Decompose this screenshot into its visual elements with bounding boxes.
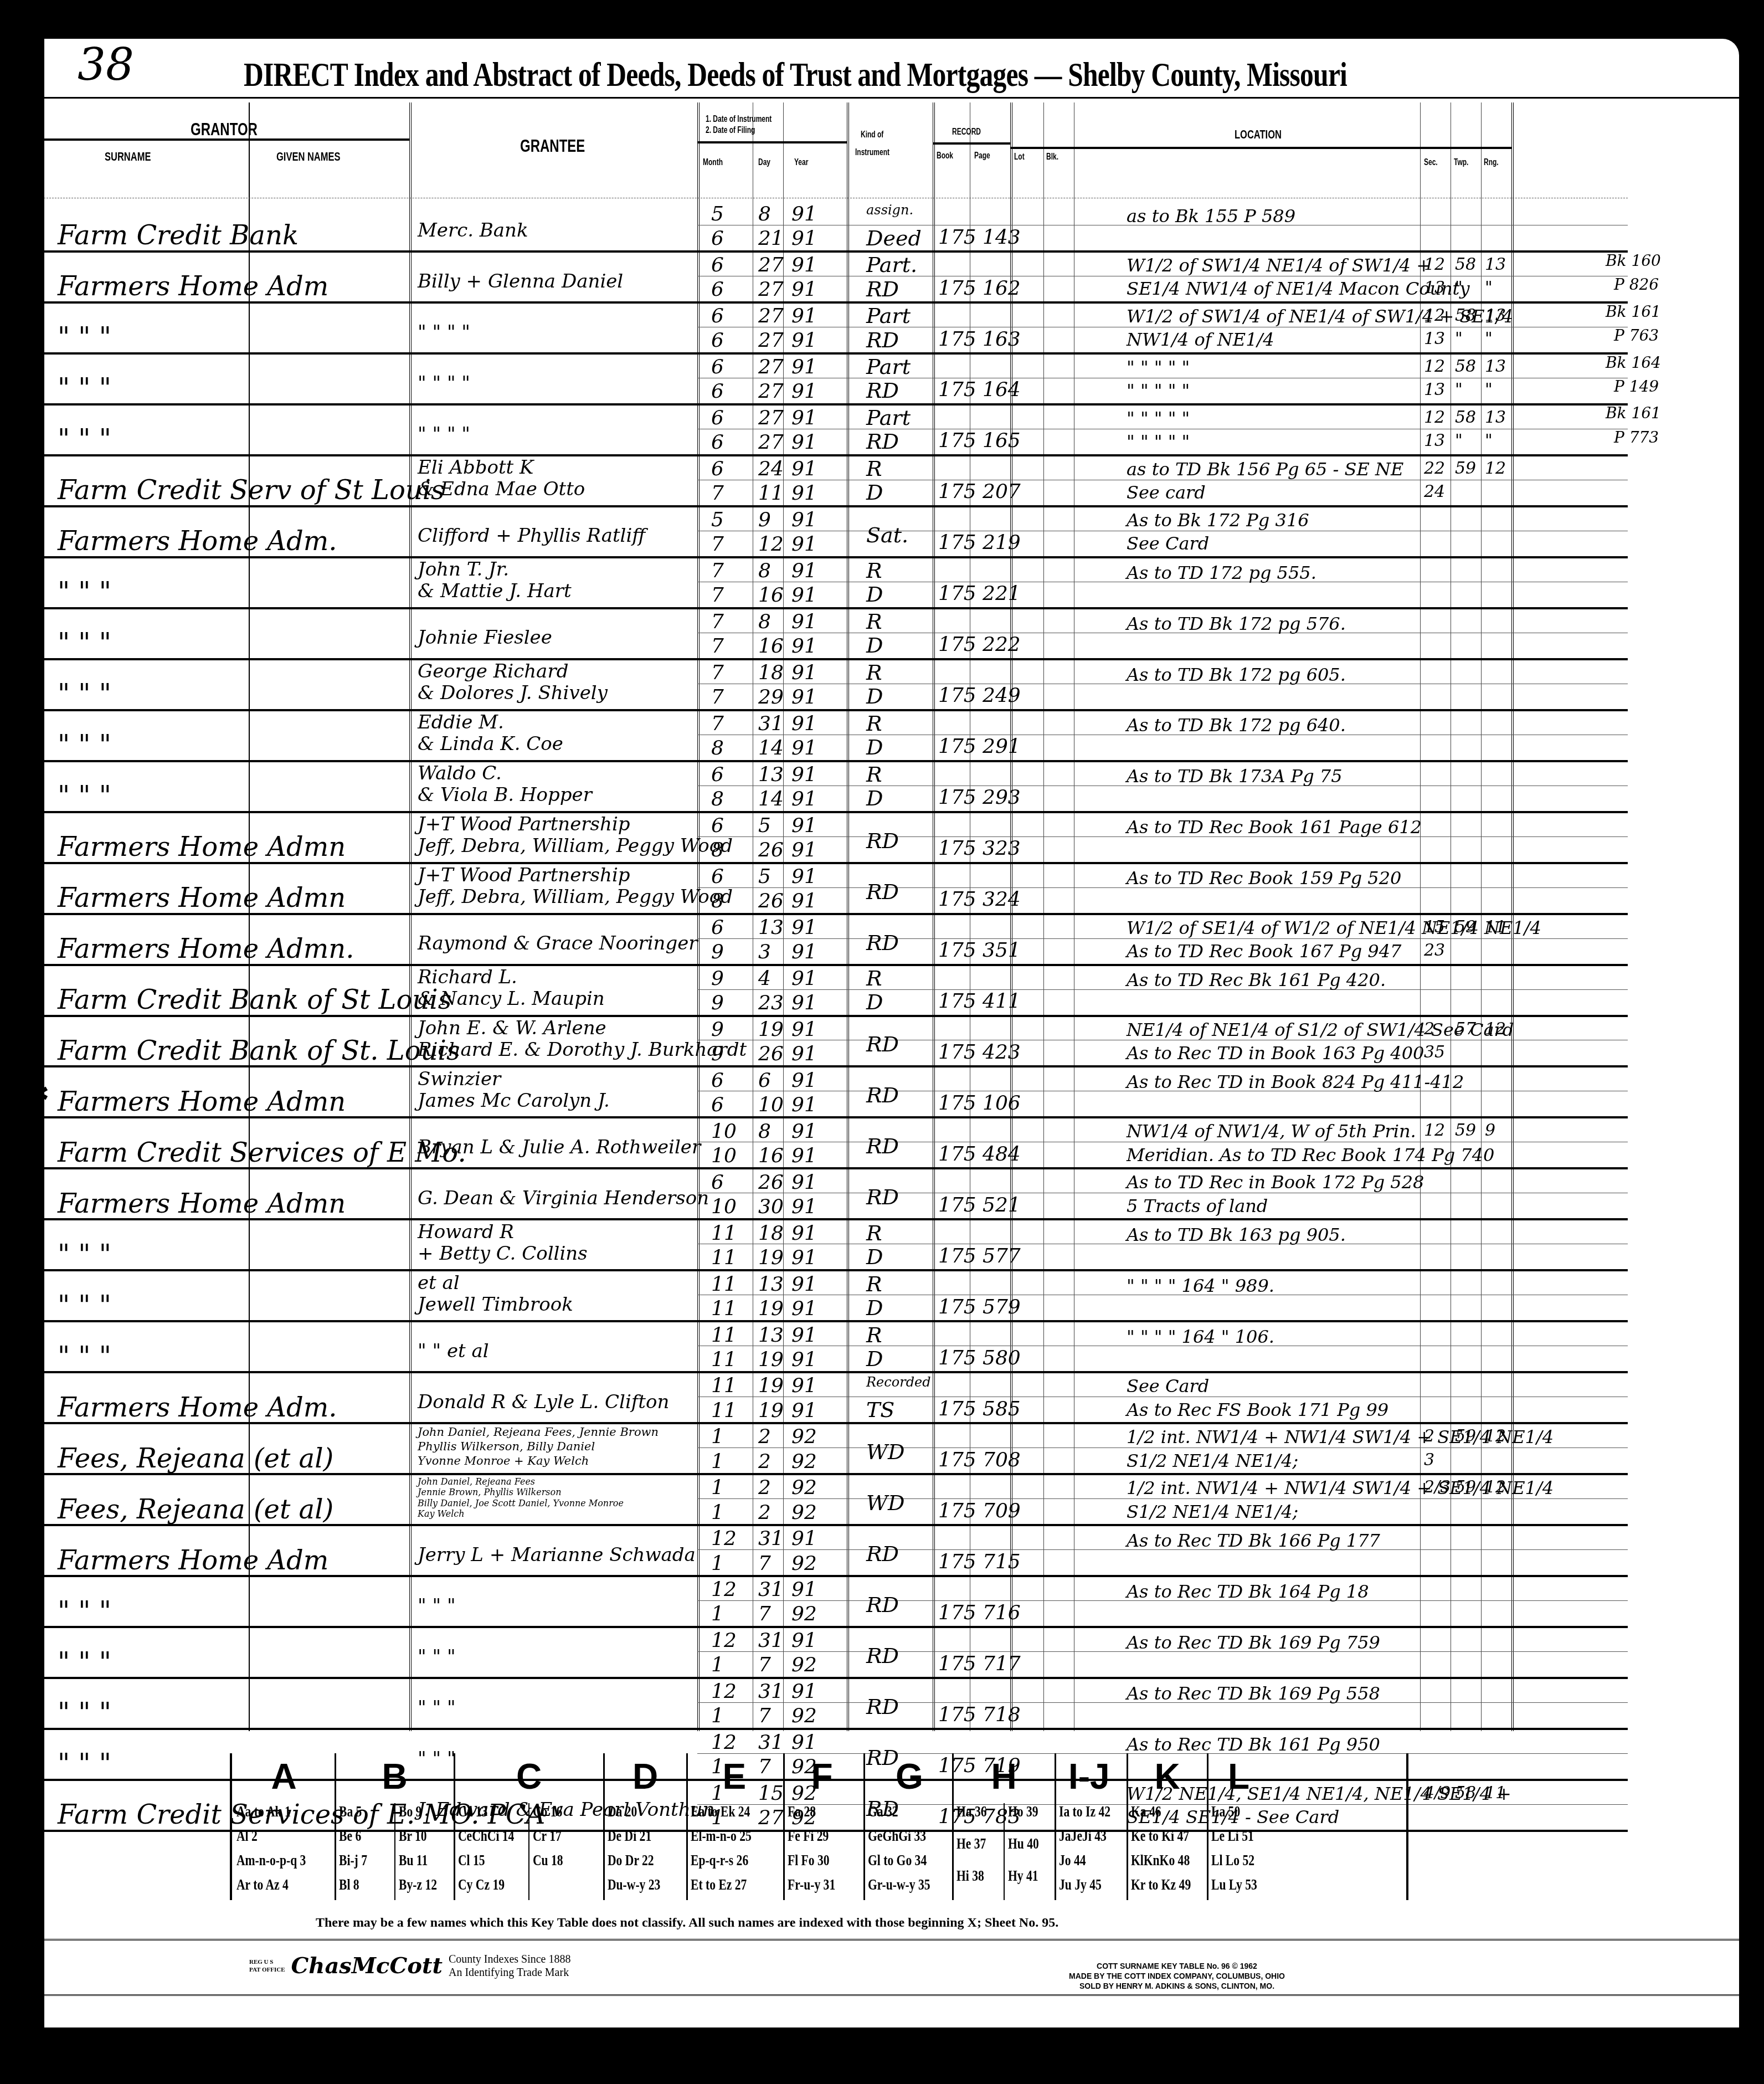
filing-date: 8 <box>711 840 724 860</box>
record-book: 175 <box>938 686 976 706</box>
sec-value: 23 <box>1424 942 1445 959</box>
record-page: 221 <box>983 584 1021 604</box>
record-page: 249 <box>983 686 1021 706</box>
header-lot: Lot <box>1014 152 1025 162</box>
filing-date: 7 <box>711 586 724 605</box>
header-kind-line2: Instrument <box>855 148 889 158</box>
instrument-date: 7 <box>711 663 724 683</box>
record-page: 716 <box>983 1603 1021 1623</box>
key-entry: Ka 46 <box>1131 1803 1161 1820</box>
filing-date: 6 <box>711 229 724 249</box>
twp-value: " <box>1455 382 1463 398</box>
key-entry: Bu 11 <box>399 1852 428 1869</box>
title-rule <box>44 97 1739 99</box>
header-rule <box>44 138 409 141</box>
grantee-name: John T. Jr. <box>418 560 509 579</box>
record-book: 175 <box>938 584 976 604</box>
grantee-name: Jerry L + Marianne Schwada <box>418 1546 696 1564</box>
instrument-date: 12 <box>711 1529 737 1549</box>
key-letter: E <box>723 1756 747 1797</box>
twp-value: 59 <box>1455 1428 1476 1445</box>
trademark-tagline: County Indexes Since 1888An Identifying … <box>449 1953 571 1979</box>
instrument-date: 5 <box>758 867 771 887</box>
grantee-name: " " " <box>418 1597 456 1615</box>
key-entry: Fl Fo 30 <box>788 1852 830 1869</box>
instrument-kind: R <box>866 458 882 479</box>
filing-date: 3 <box>758 942 771 962</box>
filing-date: 91 <box>791 331 817 351</box>
instrument-date: 12 <box>711 1682 737 1702</box>
key-entry: JaJeJi 43 <box>1059 1828 1107 1845</box>
table-row: " " "" " " "6279162791PartRD175164" " " … <box>44 352 1628 405</box>
record-page: 106 <box>983 1094 1021 1113</box>
grantee-name: Eddie M. <box>418 713 504 732</box>
key-entry: Ba 5 <box>339 1803 362 1820</box>
filing-date: 91 <box>791 891 817 911</box>
grantee-name: " " " " <box>418 374 470 393</box>
grantor-name: Farmers Home Admn <box>58 885 346 911</box>
location-description: See Card <box>1127 1377 1209 1395</box>
grantee-name: Eli Abbott K <box>418 458 533 477</box>
grantor-name: Fees, Rejeana (et al) <box>58 1445 333 1472</box>
instrument-date: 18 <box>758 663 784 683</box>
grantee-name: & Nancy L. Maupin <box>418 989 605 1008</box>
location-description: SE1/4 NW1/4 of NE1/4 Macon County <box>1127 280 1470 297</box>
key-column-rule <box>603 1753 605 1900</box>
key-entry: Ll Lo 52 <box>1211 1852 1254 1869</box>
record-page: 323 <box>983 839 1021 859</box>
margin-note: Bk 160 <box>1606 253 1661 269</box>
sec-value: 2/3 <box>1424 1479 1451 1496</box>
key-letter: G <box>896 1756 923 1797</box>
footer-rule <box>44 1994 1739 1996</box>
filing-date: 2 <box>758 1503 771 1523</box>
record-book: 175 <box>938 1246 976 1266</box>
grantor-name: " " " <box>58 1700 111 1726</box>
grantor-name: Farm Credit Serv of St Louis <box>58 477 445 504</box>
header-year: Year <box>794 158 808 168</box>
grantor-name: Farmers Home Admn <box>58 834 346 860</box>
record-book: 175 <box>938 635 976 655</box>
instrument-date: 91 <box>791 1275 817 1295</box>
instrument-date: 91 <box>791 816 817 836</box>
location-description: As to TD Bk 163 pg 905. <box>1127 1226 1346 1244</box>
table-row: Farm Credit Bank of St LouisRichard L.& … <box>44 964 1628 1017</box>
rng-value: 12 <box>1485 1428 1506 1445</box>
table-row: Fees, Rejeana (et al)John Daniel, Rejean… <box>44 1473 1628 1526</box>
filing-date: 7 <box>758 1655 771 1675</box>
key-entry: Ke to Ki 47 <box>1131 1828 1189 1845</box>
instrument-date: 9 <box>711 969 724 989</box>
filing-date: 91 <box>791 535 817 555</box>
key-entry: La 50 <box>1211 1803 1240 1820</box>
instrument-kind: RD <box>866 1543 899 1564</box>
header-twp: Twp. <box>1454 158 1468 168</box>
key-column-rule <box>1127 1753 1128 1900</box>
filing-date: 19 <box>758 1248 784 1268</box>
record-book: 175 <box>938 482 976 502</box>
table-row: Farm Credit Bank of St. LouisJohn E. & W… <box>44 1015 1628 1068</box>
header-bottom-rule <box>44 198 1628 198</box>
instrument-date: 91 <box>791 1376 817 1396</box>
twp-value: 58 <box>1455 307 1476 324</box>
grantor-name: Fees, Rejeana (et al) <box>58 1496 333 1523</box>
location-description: As to Rec TD Bk 166 Pg 177 <box>1127 1532 1380 1549</box>
key-column-rule <box>454 1753 455 1900</box>
row-divider <box>697 1040 1628 1040</box>
instrument-date: 91 <box>791 561 817 581</box>
filing-date: 91 <box>791 280 817 300</box>
grantee-name: + Betty C. Collins <box>418 1244 588 1263</box>
table-row: Farmers Home AdmBilly + Glenna Daniel627… <box>44 250 1628 304</box>
grantee-name: " " " " <box>418 425 470 444</box>
grantor-name: Farmers Home Admn <box>58 1089 346 1115</box>
header-blk: Blk. <box>1046 152 1058 162</box>
instrument-date: 91 <box>791 714 817 734</box>
grantor-name: " " " <box>58 375 111 402</box>
key-entry: He 37 <box>956 1835 986 1852</box>
grantor-name: " " " <box>58 1751 111 1777</box>
record-book: 175 <box>938 890 976 910</box>
table-row: Farm Credit Services of E Mo.Bryan L & J… <box>44 1116 1628 1169</box>
table-row: " " "" " "1231911792RD175716As to Rec TD… <box>44 1575 1628 1628</box>
row-divider <box>697 429 1628 429</box>
location-description: as to Bk 155 P 589 <box>1127 207 1295 225</box>
instrument-date: 2 <box>758 1478 771 1498</box>
grantor-name: " " " <box>58 426 111 453</box>
sec-value: 3 <box>1424 1452 1434 1469</box>
grantee-name: " " " " <box>418 323 470 342</box>
row-divider <box>697 378 1628 378</box>
grantor-name: Farmers Home Adm. <box>58 528 337 555</box>
instrument-date: 8 <box>758 1122 771 1142</box>
key-entry: Bl 8 <box>339 1876 359 1893</box>
grantee-name: Richard L. <box>418 968 517 987</box>
twp-value: 57 <box>1455 1021 1476 1038</box>
record-page: 717 <box>983 1654 1021 1674</box>
filing-date: 16 <box>758 1146 784 1166</box>
instrument-date: 91 <box>791 510 817 530</box>
twp-value: " <box>1455 280 1463 296</box>
sec-value: 13 <box>1424 433 1445 449</box>
grantor-name: " " " <box>58 1292 111 1319</box>
key-entry: Do Dr 22 <box>608 1852 654 1869</box>
header-rng: Rng. <box>1484 158 1499 168</box>
key-column-rule <box>1055 1753 1056 1900</box>
row-divider <box>697 327 1628 327</box>
rng-value: 12 <box>1485 1479 1506 1496</box>
instrument-kind: R <box>866 764 882 785</box>
grantee-name: Jennie Brown, Phyllis Wilkerson <box>418 1488 562 1497</box>
instrument-date: 91 <box>791 1071 817 1091</box>
instrument-kind: Part <box>866 356 911 377</box>
table-row: " " "" " "1231911792RD175718As to Rec TD… <box>44 1677 1628 1730</box>
filing-date: 14 <box>758 789 784 809</box>
filing-date: 16 <box>758 586 784 605</box>
instrument-kind: R <box>866 1223 882 1244</box>
grantee-name: Bryan L & Julie A. Rothweiler <box>418 1138 701 1157</box>
table-row: " " "et alJewell Timbrook111391111991RD1… <box>44 1269 1628 1322</box>
instrument-kind: D <box>866 482 883 503</box>
record-page: 580 <box>983 1348 1021 1368</box>
row-divider <box>697 276 1628 276</box>
key-entry: Al 2 <box>236 1828 258 1845</box>
filing-date: 91 <box>791 1044 817 1064</box>
record-book: 175 <box>938 1501 976 1521</box>
record-page: 324 <box>983 890 1021 910</box>
record-page: 222 <box>983 635 1021 655</box>
filing-date: 10 <box>711 1197 737 1217</box>
instrument-date: 1 <box>711 1478 724 1498</box>
key-entry: Ga 32 <box>868 1803 898 1820</box>
sec-value: 22 <box>1424 460 1445 477</box>
record-book: 175 <box>938 330 976 350</box>
twp-value: 58 <box>1455 358 1476 375</box>
row-divider <box>697 480 1628 480</box>
instrument-date: 5 <box>711 510 724 530</box>
margin-note: P 826 <box>1614 277 1659 292</box>
rng-value: 9 <box>1485 1122 1495 1139</box>
rng-value: 13 <box>1485 307 1506 324</box>
header-rule <box>697 141 847 143</box>
record-page: 411 <box>983 992 1021 1012</box>
header-location: LOCATION <box>1235 127 1282 142</box>
location-description: NW1/4 of NE1/4 <box>1127 331 1274 348</box>
header-book: Book <box>937 151 953 161</box>
key-column-rule <box>335 1753 336 1900</box>
filing-date: 91 <box>791 993 817 1013</box>
twp-value: 58 <box>1455 256 1476 273</box>
filing-date: 92 <box>791 1452 817 1472</box>
instrument-date: 10 <box>711 1122 737 1142</box>
filing-date: 14 <box>758 738 784 758</box>
sec-value: 12 <box>1424 1122 1445 1139</box>
grantee-name: Jewell Timbrook <box>418 1295 573 1314</box>
filing-date: 1 <box>711 1604 724 1624</box>
location-description: As to TD Bk 172 pg 605. <box>1127 666 1346 684</box>
filing-date: 6 <box>711 280 724 300</box>
filing-date: 1 <box>711 1503 724 1523</box>
instrument-date: 19 <box>758 1020 784 1040</box>
location-description: " " " " " <box>1127 382 1190 399</box>
rng-value: " <box>1485 280 1493 296</box>
table-row: " " "" " " "6279162791PartRD175165" " " … <box>44 403 1628 456</box>
record-page: 351 <box>983 941 1021 961</box>
twp-value: 58 <box>1455 409 1476 426</box>
filing-date: 91 <box>791 1197 817 1217</box>
key-letter: I-J <box>1068 1756 1110 1797</box>
record-page: 164 <box>983 380 1021 400</box>
grantor-name: " " " <box>58 1241 111 1268</box>
instrument-date: 6 <box>711 408 724 428</box>
filing-date: 91 <box>791 1248 817 1268</box>
instrument-date: 5 <box>758 816 771 836</box>
filing-date: 91 <box>791 687 817 707</box>
header-day: Day <box>758 158 770 168</box>
filing-date: 91 <box>791 382 817 402</box>
instrument-kind: RD <box>866 380 899 401</box>
twp-value: 58 <box>1455 1785 1476 1801</box>
grantee-name: Waldo C. <box>418 764 502 783</box>
header-grantee: GRANTEE <box>520 136 585 156</box>
instrument-date: 31 <box>758 714 784 734</box>
grantee-name: G. Dean & Virginia Henderson <box>418 1189 709 1208</box>
filing-date: 92 <box>791 1706 817 1726</box>
key-entry: Kr to Kz 49 <box>1131 1876 1191 1893</box>
filing-date: 26 <box>758 1044 784 1064</box>
instrument-date: 12 <box>711 1733 737 1753</box>
location-description: As to Rec FS Book 171 Pg 99 <box>1127 1401 1388 1419</box>
filing-date: 2 <box>758 1452 771 1472</box>
location-description: " " " " 164 " 989. <box>1127 1277 1274 1295</box>
instrument-kind: D <box>866 1246 883 1267</box>
record-book: 175 <box>938 431 976 451</box>
record-book: 175 <box>938 279 976 299</box>
publisher-imprint: COTT SURNAME KEY TABLE No. 96 © 1962 MAD… <box>1069 1961 1285 1991</box>
table-row: " " "George Richard& Dolores J. Shively7… <box>44 658 1628 711</box>
key-entry: Co 16 <box>533 1803 562 1820</box>
key-entry: Ju Jy 45 <box>1059 1876 1102 1893</box>
location-description: Meridian. As to TD Rec Book 174 Pg 740 <box>1127 1146 1494 1164</box>
location-description: " " " " " <box>1127 409 1190 427</box>
grantee-name: Clifford + Phyllis Ratliff <box>418 526 645 545</box>
instrument-date: 91 <box>791 867 817 887</box>
instrument-kind: R <box>866 1274 882 1295</box>
margin-note: P 149 <box>1614 379 1659 394</box>
sec-value: 4/9 <box>1424 1785 1451 1801</box>
filing-date: 91 <box>791 586 817 605</box>
page-number: 38 <box>78 39 134 90</box>
filing-date: 27 <box>758 280 784 300</box>
filing-date: 9 <box>711 993 724 1013</box>
key-column-rule <box>952 1753 954 1900</box>
sec-value: 2 <box>1424 1021 1434 1038</box>
instrument-date: 11 <box>711 1326 737 1346</box>
filing-date: 1 <box>711 1706 724 1726</box>
key-entry: Fa 28 <box>788 1803 816 1820</box>
twp-value: 59 <box>1455 1122 1476 1139</box>
filing-date: 10 <box>711 1146 737 1166</box>
grantor-name: " " " <box>58 579 111 605</box>
record-page: 423 <box>983 1043 1021 1062</box>
filing-date: 30 <box>758 1197 784 1217</box>
record-book: 175 <box>938 992 976 1012</box>
key-entry: Ho 39 <box>1008 1803 1038 1820</box>
filing-date: 11 <box>711 1350 737 1370</box>
row-divider <box>697 531 1628 531</box>
instrument-date: 11 <box>711 1376 737 1396</box>
record-book: 175 <box>938 1705 976 1725</box>
key-letter: H <box>991 1756 1017 1797</box>
record-page: 715 <box>983 1552 1021 1572</box>
record-book: 175 <box>938 1094 976 1113</box>
instrument-date: 11 <box>711 1224 737 1244</box>
key-entry: Aa to Ak 1 <box>236 1803 291 1820</box>
grantee-name: J+T Wood Partnership <box>418 815 630 834</box>
instrument-date: 92 <box>791 1478 817 1498</box>
header-grantor: GRANTOR <box>191 119 258 140</box>
record-book: 175 <box>938 1297 976 1317</box>
record-book: 175 <box>938 839 976 859</box>
key-column-rule <box>863 1753 865 1900</box>
grantor-name: Farm Credit Bank of St. Louis <box>58 1038 460 1064</box>
instrument-kind: RD <box>866 431 899 452</box>
record-book: 175 <box>938 1348 976 1368</box>
table-row: " " "Waldo C.& Viola B. Hopper6139181491… <box>44 760 1628 813</box>
record-page: 207 <box>983 482 1021 502</box>
instrument-date: 9 <box>758 510 771 530</box>
instrument-date: 31 <box>758 1682 784 1702</box>
margin-note: P 763 <box>1614 328 1659 343</box>
instrument-date: 2 <box>758 1427 771 1447</box>
grantor-name: Farmers Home Admn. <box>58 936 354 962</box>
sec-value: 13 <box>1424 280 1445 296</box>
record-book: 175 <box>938 380 976 400</box>
header-rule <box>933 142 1010 145</box>
location-description: as to TD Bk 156 Pg 65 - SE NE <box>1127 460 1403 478</box>
table-row: Farm Credit BankMerc. Bank589162191assig… <box>44 199 1628 253</box>
filing-date: 91 <box>791 738 817 758</box>
record-page: 521 <box>983 1195 1021 1215</box>
location-description: As to TD 172 pg 555. <box>1127 564 1316 582</box>
instrument-date: 12 <box>711 1631 737 1651</box>
instrument-kind: D <box>866 788 883 809</box>
filing-date: 9 <box>711 942 724 962</box>
grantee-name: George Richard <box>418 662 568 681</box>
instrument-date: 91 <box>791 1631 817 1651</box>
sec-value: 12 <box>1424 409 1445 426</box>
instrument-date: 91 <box>791 1122 817 1142</box>
location-description: " " " " " <box>1127 358 1190 376</box>
key-entry: Am-n-o-p-q 3 <box>236 1852 306 1869</box>
filing-date: 91 <box>791 1299 817 1319</box>
grantee-name: Jeff, Debra, William, Peggy Wood <box>418 887 733 906</box>
instrument-date: 6 <box>711 765 724 785</box>
location-description: As to TD Bk 173A Pg 75 <box>1127 767 1343 785</box>
record-page: 163 <box>983 330 1021 350</box>
grantee-name: et al <box>418 1274 460 1292</box>
sec-value: 13 <box>1424 331 1445 347</box>
location-description: 5 Tracts of land <box>1127 1197 1268 1215</box>
grantee-name: Billy + Glenna Daniel <box>418 272 623 291</box>
grantor-name: " " " <box>58 630 111 656</box>
grantor-name: Farmers Home Adm <box>58 1547 328 1574</box>
grantee-name: Richard E. & Dorothy J. Burkhardt <box>418 1040 747 1059</box>
instrument-date: 91 <box>791 969 817 989</box>
star-mark: ✱ <box>27 1081 49 1107</box>
record-book: 175 <box>938 1144 976 1164</box>
instrument-kind: TS <box>866 1399 894 1420</box>
grantee-name: Donald R & Lyle L. Clifton <box>418 1393 669 1411</box>
instrument-kind: RD <box>866 830 899 851</box>
instrument-date: 91 <box>791 1326 817 1346</box>
filing-date: 91 <box>791 840 817 860</box>
instrument-date: 27 <box>758 306 784 326</box>
instrument-kind: RD <box>866 1136 899 1157</box>
grantor-name: " " " <box>58 1598 111 1625</box>
trademark: REG U SPAT OFFICE ChasMcCott County Inde… <box>249 1953 570 1979</box>
grantor-name: " " " <box>58 681 111 707</box>
instrument-date: 18 <box>758 1224 784 1244</box>
location-description: As to Rec TD Bk 169 Pg 759 <box>1127 1634 1380 1651</box>
key-entry: Da 20 <box>608 1803 637 1820</box>
rng-value: 11 <box>1485 1785 1506 1801</box>
filing-date: 7 <box>711 484 724 504</box>
row-divider <box>697 1397 1628 1397</box>
grantor-name: Farmers Home Adm <box>58 273 328 300</box>
filing-date: 91 <box>791 433 817 453</box>
filing-date: 91 <box>791 484 817 504</box>
